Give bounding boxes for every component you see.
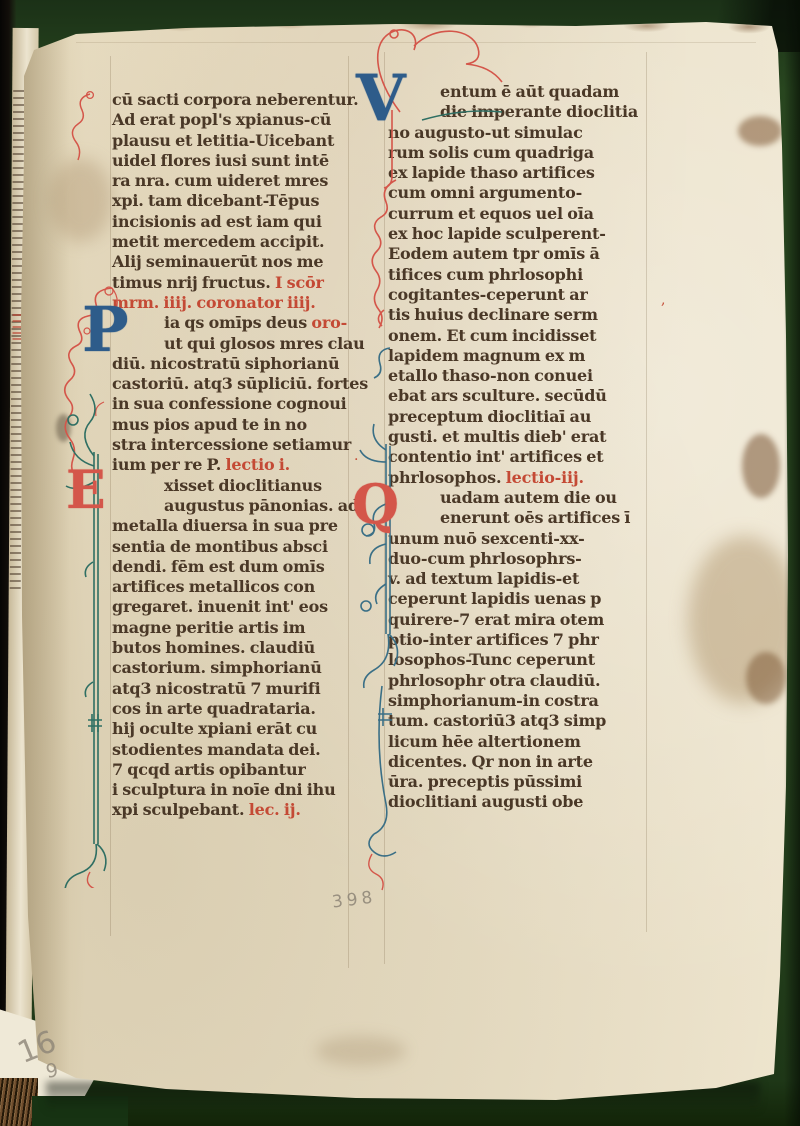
body-text: incisionis ad est iam qui	[112, 212, 322, 231]
body-text: castoriū. atq3 sūpliciū. fortes	[112, 374, 368, 393]
manuscript-text-line: xpi sculpebant. lec. ij.	[112, 800, 364, 820]
body-text: ut qui glosos mres clau	[164, 334, 365, 353]
manuscript-text-line: Ad erat popl's xpianus-cū	[112, 110, 364, 130]
body-text: metit mercedem accipit.	[112, 232, 324, 251]
manuscript-text-line: Alij seminauerūt nos me	[112, 252, 364, 272]
body-text: tum. castoriū3 atq3 simp	[388, 711, 606, 730]
body-text: contentio int' artifices et	[388, 447, 603, 466]
body-text: duo-cum phrlosophrs-	[388, 549, 582, 568]
body-text: ia qs omīps deus	[164, 313, 311, 332]
manuscript-text-line: losophos-Tunc ceperunt	[388, 650, 644, 670]
manuscript-text-line: contentio int' artifices et	[388, 447, 644, 467]
body-text: augustus pānonias. ad	[164, 496, 359, 515]
manuscript-text-line: cos in arte quadrataria.	[112, 699, 364, 719]
manuscript-text-line: ium per re P. lectio i.	[112, 455, 364, 475]
body-text: licum hēe altertionem	[388, 732, 581, 751]
body-text: metalla diuersa in sua pre	[112, 516, 338, 535]
body-text: castorium. simphorianū	[112, 658, 322, 677]
body-text: gregaret. inuenit int' eos	[112, 597, 328, 616]
illuminated-initial-Q: Q	[352, 480, 399, 529]
manuscript-text-line: in sua confessione cognoui	[112, 394, 364, 414]
manuscript-text-line: v. ad textum lapidis-et	[388, 569, 644, 589]
body-text: artifices metallicos con	[112, 577, 315, 596]
body-text: v. ad textum lapidis-et	[388, 569, 579, 588]
manuscript-text-line: xisset dioclitianus	[112, 476, 364, 496]
manuscript-text-line: enerunt oēs artifices ī	[388, 508, 644, 528]
rubric-text: lec. ij.	[249, 800, 301, 819]
parchment-stain	[738, 116, 782, 146]
rubric-text: mrm. iiij. coronator iiij.	[112, 293, 316, 312]
manuscript-text-line: 7 qcqd artis opibantur	[112, 760, 364, 780]
body-text: dioclitiani augusti obe	[388, 792, 583, 811]
manuscript-text-line: gusti. et multis dieb' erat	[388, 427, 644, 447]
manuscript-text-line: xpi. tam dicebant-Tēpus	[112, 191, 364, 211]
body-text: preceptum dioclitiaī au	[388, 407, 591, 426]
body-text: xpi. tam dicebant-Tēpus	[112, 191, 319, 210]
body-text: mus pios apud te in no	[112, 415, 307, 434]
manuscript-text-line: tum. castoriū3 atq3 simp	[388, 711, 644, 731]
manuscript-text-line: sentia de montibus absci	[112, 537, 364, 557]
red-penwork-margin-squiggle	[70, 90, 98, 164]
illuminated-initial-E: E	[66, 468, 105, 515]
body-text: ptio-inter artifices 7 phr	[388, 630, 599, 649]
manuscript-text-line: hij oculte xpiani erāt cu	[112, 719, 364, 739]
body-text: stra intercessione setiamur	[112, 435, 351, 454]
parchment-stain	[50, 158, 112, 242]
body-text: ra nra. cum uideret mres	[112, 171, 328, 190]
manuscript-text-line: butos homines. claudiū	[112, 638, 364, 658]
parchment-stain	[742, 434, 780, 498]
manuscript-text-line: unum nuō sexcenti-xx-	[388, 529, 644, 549]
manuscript-text-line: incisionis ad est iam qui	[112, 212, 364, 232]
manuscript-text-line: timus nrij fructus. I scōr	[112, 273, 364, 293]
body-text: lapidem magnum ex m	[388, 346, 585, 365]
illuminated-initial-P: P	[82, 302, 128, 358]
body-text: 7 qcqd artis opibantur	[112, 760, 306, 779]
body-text: diū. nicostratū siphorianū	[112, 354, 339, 373]
manuscript-text-line: metit mercedem accipit.	[112, 232, 364, 252]
manuscript-text-line: phrlosophos. lectio-iij.	[388, 468, 644, 488]
manuscript-text-line: ūra. preceptis pūssimi	[388, 772, 644, 792]
manuscript-text-line: castoriū. atq3 sūpliciū. fortes	[112, 374, 364, 394]
manuscript-page: , . PEcū sacti corpora neberentur.Ad era…	[16, 16, 788, 1108]
manuscript-text-line: uidel flores iusi sunt intē	[112, 151, 364, 171]
body-text: cū sacti corpora neberentur.	[112, 90, 359, 109]
body-text: magne peritie artis im	[112, 618, 305, 637]
parchment-stain	[688, 536, 800, 704]
manuscript-text-line: quirere-7 erat mira otem	[388, 610, 644, 630]
body-text: ūra. preceptis pūssimi	[388, 772, 582, 791]
manuscript-text-line: diū. nicostratū siphorianū	[112, 354, 364, 374]
body-text: atq3 nicostratū 7 murifi	[112, 679, 321, 698]
manuscript-text-line: stra intercessione setiamur	[112, 435, 364, 455]
manuscript-text-line: licum hēe altertionem	[388, 732, 644, 752]
manuscript-text-line: mrm. iiij. coronator iiij.	[112, 293, 364, 313]
manuscript-text-line: plausu et letitia-Uicebant	[112, 131, 364, 151]
manuscript-text-line: dendi. fēm est dum omīs	[112, 557, 364, 577]
body-text: cos in arte quadrataria.	[112, 699, 316, 718]
manuscript-text-line: ut qui glosos mres clau	[112, 334, 364, 354]
manuscript-text-line: artifices metallicos con	[112, 577, 364, 597]
body-text: butos homines. claudiū	[112, 638, 315, 657]
body-text: hij oculte xpiani erāt cu	[112, 719, 317, 738]
body-text: ium per re P.	[112, 455, 225, 474]
parchment-stain	[316, 1036, 406, 1066]
body-text: dendi. fēm est dum omīs	[112, 557, 325, 576]
body-text: unum nuō sexcenti-xx-	[388, 529, 585, 548]
body-text: ceperunt lapidis uenas p	[388, 589, 601, 608]
rubric-text: lectio i.	[225, 455, 290, 474]
body-text: etallo thaso-non conuei	[388, 366, 593, 385]
body-text: quirere-7 erat mira otem	[388, 610, 604, 629]
manuscript-text-line: uadam autem die ou	[388, 488, 644, 508]
text-column-left: PEcū sacti corpora neberentur.Ad erat po…	[112, 90, 364, 821]
ruling-line	[646, 52, 647, 932]
manuscript-text-line: augustus pānonias. ad	[112, 496, 364, 516]
photograph-backdrop: , . PEcū sacti corpora neberentur.Ad era…	[0, 0, 800, 1126]
manuscript-text-line: magne peritie artis im	[112, 618, 364, 638]
rubric-text: lectio-iij.	[506, 468, 584, 487]
body-text: uidel flores iusi sunt intē	[112, 151, 329, 170]
manuscript-text-line: ebat ars sculture. secūdū	[388, 386, 644, 406]
body-text: timus nrij fructus.	[112, 273, 275, 292]
body-text: i sculptura in noīe dni ihu	[112, 780, 336, 799]
body-text: phrlosophr otra claudiū.	[388, 671, 600, 690]
manuscript-text-line: dioclitiani augusti obe	[388, 792, 644, 812]
manuscript-text-line: atq3 nicostratū 7 murifi	[112, 679, 364, 699]
body-text: Alij seminauerūt nos me	[112, 252, 323, 271]
body-text: in sua confessione cognoui	[112, 394, 347, 413]
red-margin-mark: .	[354, 448, 358, 464]
manuscript-text-line: gregaret. inuenit int' eos	[112, 597, 364, 617]
manuscript-text-line: lapidem magnum ex m	[388, 346, 644, 366]
manuscript-text-line: cū sacti corpora neberentur.	[112, 90, 364, 110]
parchment-stain	[746, 652, 786, 704]
body-text: sentia de montibus absci	[112, 537, 328, 556]
body-text: dicentes. Qr non in arte	[388, 752, 593, 771]
body-text: Ad erat popl's xpianus-cū	[112, 110, 331, 129]
manuscript-text-line: duo-cum phrlosophrs-	[388, 549, 644, 569]
illuminated-initial-V: V	[356, 70, 405, 128]
body-text: simphorianum-in costra	[388, 691, 599, 710]
body-text: plausu et letitia-Uicebant	[112, 131, 334, 150]
manuscript-text-line: dicentes. Qr non in arte	[388, 752, 644, 772]
manuscript-text-line: metalla diuersa in sua pre	[112, 516, 364, 536]
manuscript-text-line: mus pios apud te in no	[112, 415, 364, 435]
manuscript-text-line: castorium. simphorianū	[112, 658, 364, 678]
manuscript-text-line: ra nra. cum uideret mres	[112, 171, 364, 191]
teal-penwork-bar-right	[346, 334, 412, 894]
body-text: xpi sculpebant.	[112, 800, 249, 819]
body-text: xisset dioclitianus	[164, 476, 322, 495]
body-text: enerunt oēs artifices ī	[440, 508, 630, 527]
manuscript-text-line: i sculptura in noīe dni ihu	[112, 780, 364, 800]
manuscript-text-line: preceptum dioclitiaī au	[388, 407, 644, 427]
body-text: losophos-Tunc ceperunt	[388, 650, 595, 669]
manuscript-text-line: stodientes mandata dei.	[112, 740, 364, 760]
body-text: uadam autem die ou	[440, 488, 617, 507]
pencil-folio-number: 398	[331, 887, 378, 912]
manuscript-text-line: phrlosophr otra claudiū.	[388, 671, 644, 691]
facing-page-rubric-shadow	[12, 314, 21, 340]
manuscript-text-line: etallo thaso-non conuei	[388, 366, 644, 386]
body-text: stodientes mandata dei.	[112, 740, 321, 759]
manuscript-text-line: simphorianum-in costra	[388, 691, 644, 711]
manuscript-text-line: ia qs omīps deus oro-	[112, 313, 364, 333]
manuscript-text-line: ptio-inter artifices 7 phr	[388, 630, 644, 650]
manuscript-text-line: ceperunt lapidis uenas p	[388, 589, 644, 609]
body-text: gusti. et multis dieb' erat	[388, 427, 606, 446]
rubric-text: I scōr	[275, 273, 324, 292]
red-margin-mark: ,	[661, 292, 665, 308]
body-text: ebat ars sculture. secūdū	[388, 386, 607, 405]
teal-penwork-bar-left	[60, 382, 118, 888]
